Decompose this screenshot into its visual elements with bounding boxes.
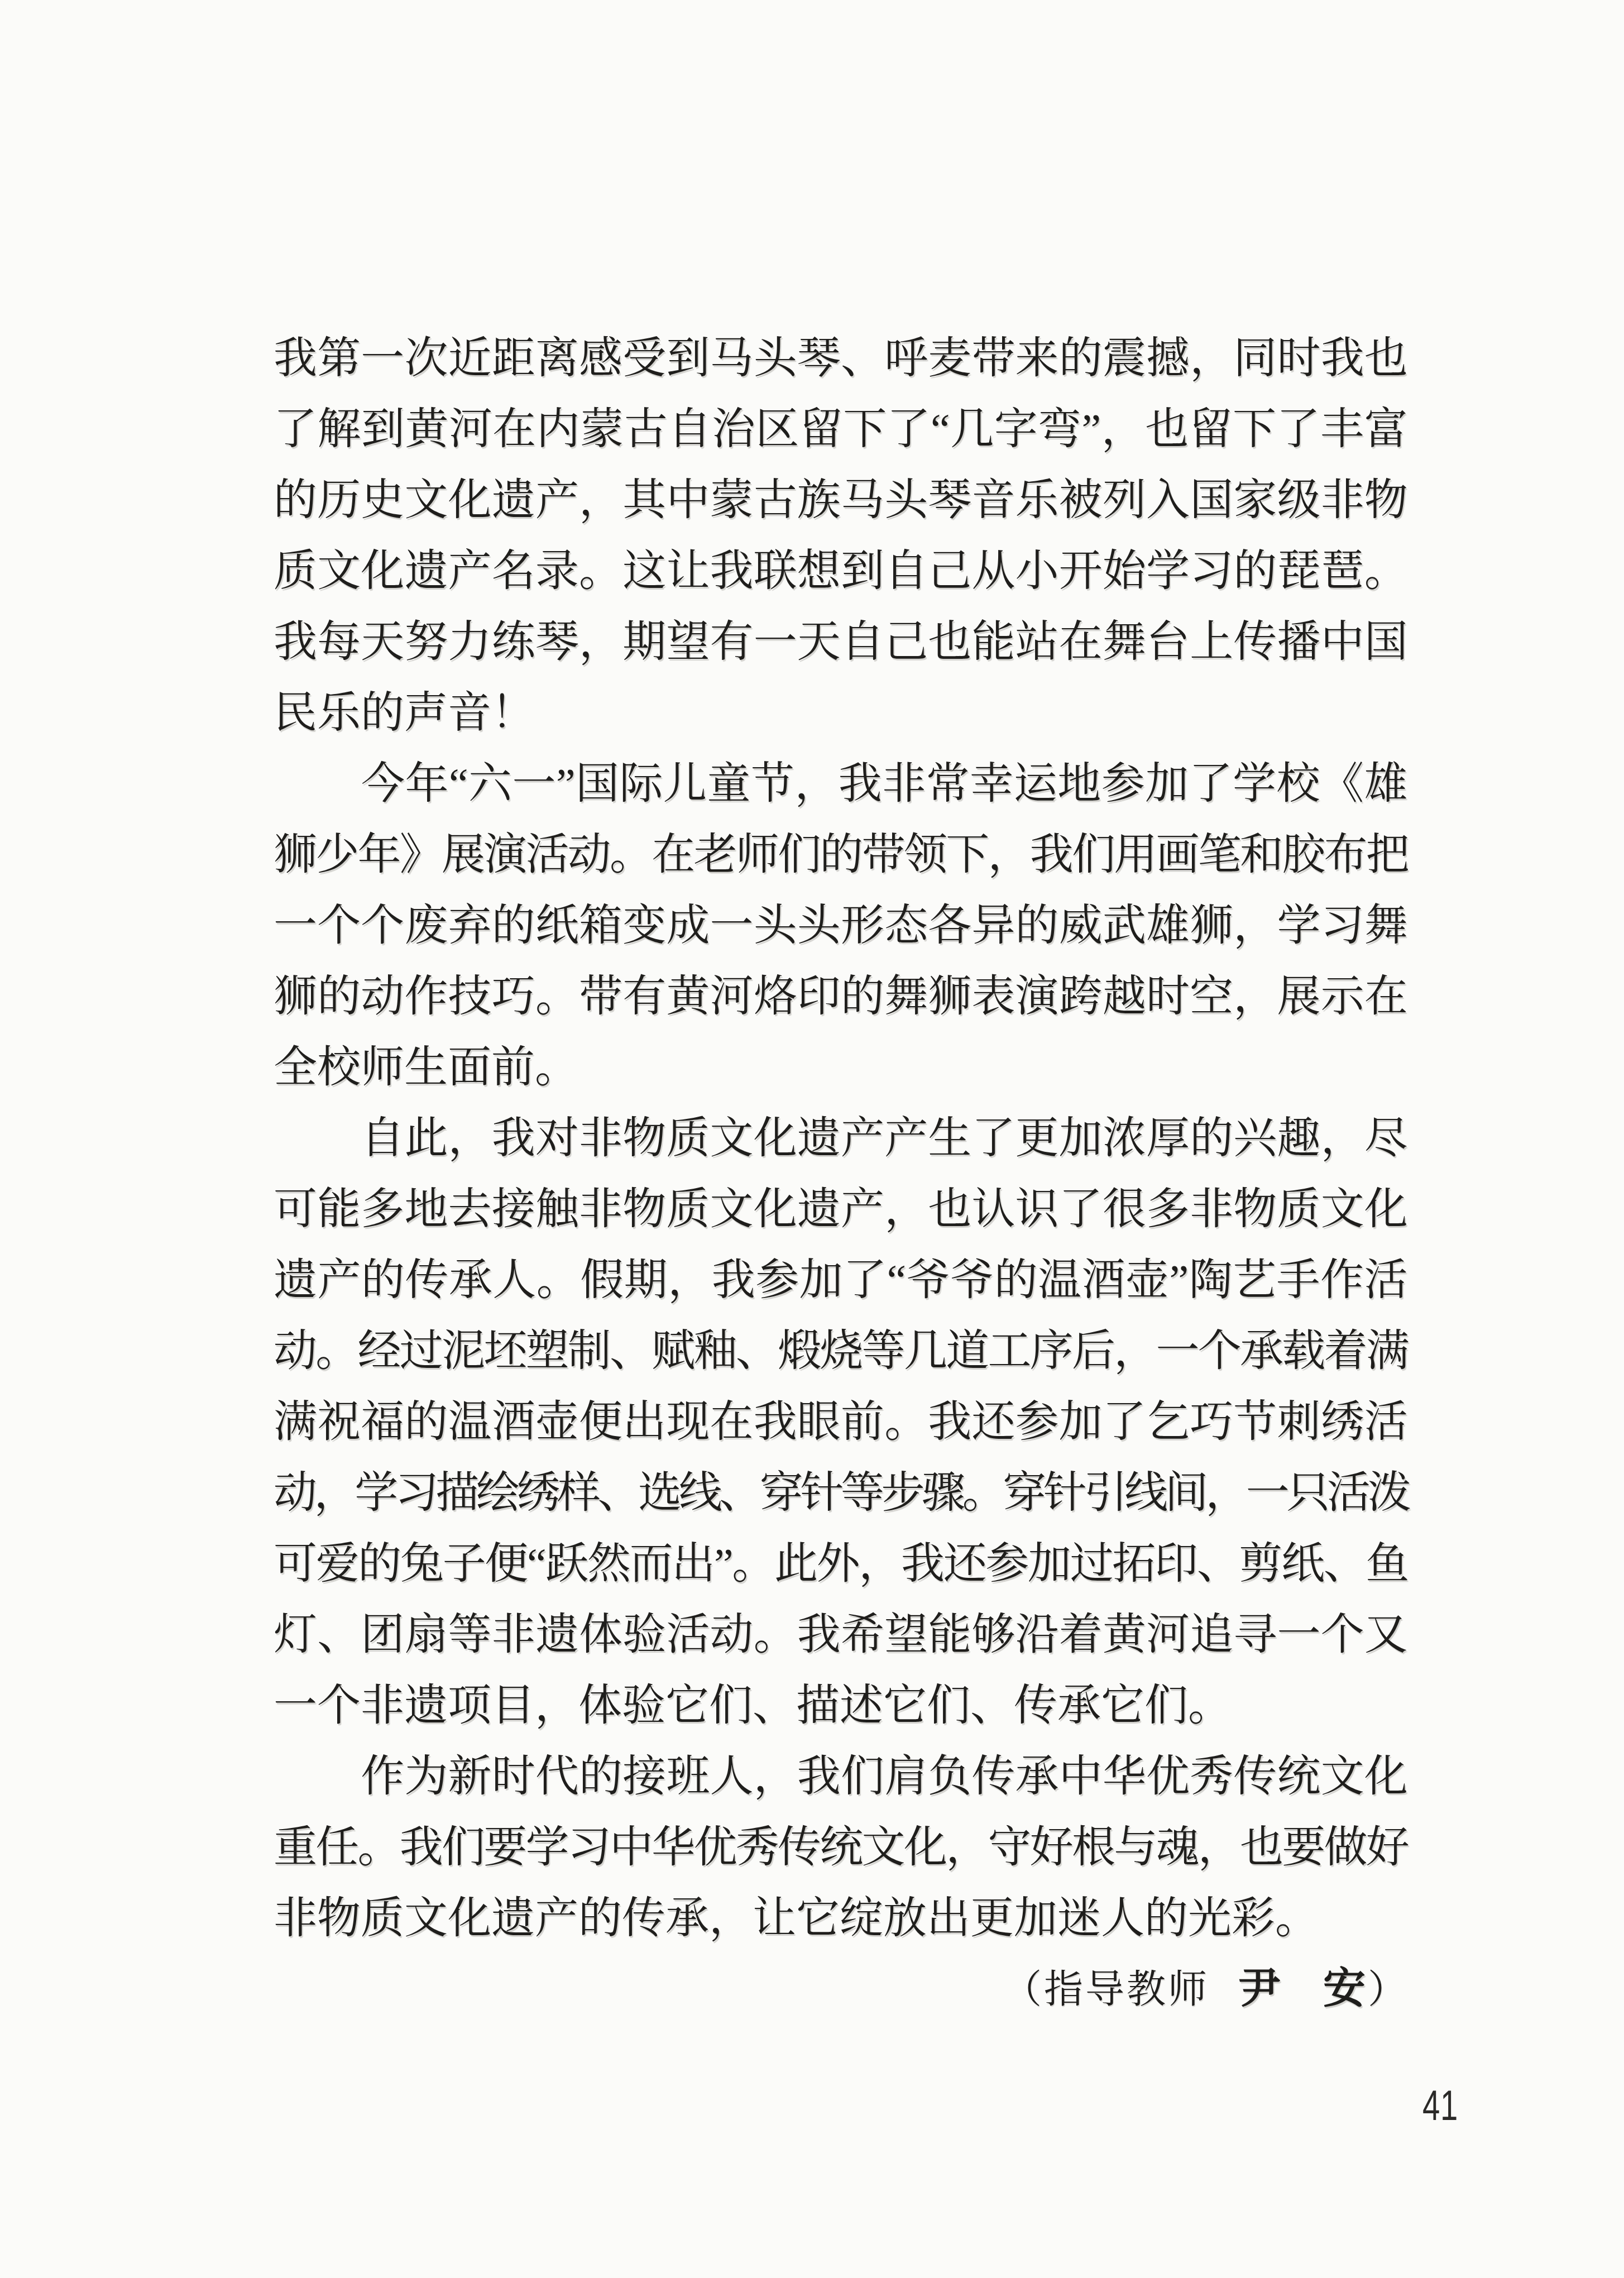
text-line: 动。经过泥坯塑制、赋釉、煅烧等几道工序后，一个承载着满 — [274, 1315, 1408, 1386]
page: 我第一次近距离感受到马头琴、呼麦带来的震撼，同时我也 了解到黄河在内蒙古自治区留… — [0, 0, 1624, 2278]
text-line: 我第一次近距离感受到马头琴、呼麦带来的震撼，同时我也 — [274, 323, 1408, 394]
text-line: 重任。我们要学习中华优秀传统文化，守好根与魂，也要做好 — [274, 1812, 1408, 1883]
page-number: 41 — [1422, 2085, 1458, 2127]
text-line: 今年“六一”国际儿童节，我非常幸运地参加了学校《雄 — [274, 748, 1408, 819]
text-line-text: 灯、团扇等非遗体验活动。我希望能够沿着黄河追寻一个又 — [274, 1599, 1408, 1670]
paragraph-2: 今年“六一”国际儿童节，我非常幸运地参加了学校《雄 狮少年》展演活动。在老师们的… — [274, 748, 1408, 1103]
text-line-text: 可爱的兔子便“跃然而出”。此外，我还参加过拓印、剪纸、鱼 — [274, 1528, 1408, 1599]
attribution-line: （指导教师尹 安） — [274, 1954, 1408, 2025]
text-line: 动，学习描绘绣样、选线、穿针等步骤。穿针引线间，一只活泼 — [274, 1457, 1408, 1528]
text-line-text: 质文化遗产名录。这让我联想到自己从小开始学习的琵琶。 — [274, 535, 1408, 606]
text-line: 非物质文化遗产的传承，让它绽放出更加迷人的光彩。 — [274, 1883, 1408, 1954]
text-line: 可爱的兔子便“跃然而出”。此外，我还参加过拓印、剪纸、鱼 — [274, 1528, 1408, 1599]
paragraph-3: 自此，我对非物质文化遗产产生了更加浓厚的兴趣，尽 可能多地去接触非物质文化遗产，… — [274, 1103, 1408, 1741]
text-line-text: 今年“六一”国际儿童节，我非常幸运地参加了学校《雄 — [274, 748, 1408, 819]
text-column: 我第一次近距离感受到马头琴、呼麦带来的震撼，同时我也 了解到黄河在内蒙古自治区留… — [274, 323, 1408, 2025]
text-line: 灯、团扇等非遗体验活动。我希望能够沿着黄河追寻一个又 — [274, 1599, 1408, 1670]
text-line: 一个非遗项目，体验它们、描述它们、传承它们。 — [274, 1670, 1408, 1741]
text-line-text: 满祝福的温酒壶便出现在我眼前。我还参加了乞巧节刺绣活 — [274, 1386, 1408, 1457]
text-line: 满祝福的温酒壶便出现在我眼前。我还参加了乞巧节刺绣活 — [274, 1386, 1408, 1457]
text-line: 一个个废弃的纸箱变成一头头形态各异的威武雄狮，学习舞 — [274, 890, 1408, 961]
text-line-text: 动。经过泥坯塑制、赋釉、煅烧等几道工序后，一个承载着满 — [274, 1315, 1408, 1386]
text-line-text: 我每天努力练琴，期望有一天自己也能站在舞台上传播中国 — [274, 606, 1408, 677]
text-line: 可能多地去接触非物质文化遗产，也认识了很多非物质文化 — [274, 1174, 1408, 1245]
text-line-text: 动，学习描绘绣样、选线、穿针等步骤。穿针引线间，一只活泼 — [274, 1457, 1408, 1528]
text-line-text: 非物质文化遗产的传承，让它绽放出更加迷人的光彩。 — [274, 1883, 1319, 1954]
text-line-text: 自此，我对非物质文化遗产产生了更加浓厚的兴趣，尽 — [274, 1103, 1408, 1174]
text-line-text: 遗产的传承人。假期，我参加了“爷爷的温酒壶”陶艺手作活 — [274, 1245, 1408, 1315]
text-line: 质文化遗产名录。这让我联想到自己从小开始学习的琵琶。 — [274, 535, 1408, 606]
text-line-text: 民乐的声音！ — [274, 677, 535, 748]
text-line: 全校师生面前。 — [274, 1032, 1408, 1103]
text-line-text: 重任。我们要学习中华优秀传统文化，守好根与魂，也要做好 — [274, 1812, 1408, 1883]
text-line-text: 的历史文化遗产，其中蒙古族马头琴音乐被列入国家级非物 — [274, 465, 1408, 535]
text-line: 了解到黄河在内蒙古自治区留下了“几字弯”，也留下了丰富 — [274, 394, 1408, 465]
text-line-text: 我第一次近距离感受到马头琴、呼麦带来的震撼，同时我也 — [274, 323, 1408, 394]
text-line-text: 狮少年》展演活动。在老师们的带领下，我们用画笔和胶布把 — [274, 819, 1408, 890]
text-line-text: 了解到黄河在内蒙古自治区留下了“几字弯”，也留下了丰富 — [274, 394, 1408, 465]
text-line: 我每天努力练琴，期望有一天自己也能站在舞台上传播中国 — [274, 606, 1408, 677]
text-line-text: 一个非遗项目，体验它们、描述它们、传承它们。 — [274, 1670, 1232, 1741]
attribution-label: （指导教师 — [1003, 1969, 1209, 2012]
text-line-text: 一个个废弃的纸箱变成一头头形态各异的威武雄狮，学习舞 — [274, 890, 1408, 961]
text-line: 作为新时代的接班人，我们肩负传承中华优秀传统文化 — [274, 1741, 1408, 1812]
text-line: 狮的动作技巧。带有黄河烙印的舞狮表演跨越时空，展示在 — [274, 961, 1408, 1032]
text-line: 遗产的传承人。假期，我参加了“爷爷的温酒壶”陶艺手作活 — [274, 1245, 1408, 1315]
paragraph-4: 作为新时代的接班人，我们肩负传承中华优秀传统文化 重任。我们要学习中华优秀传统文… — [274, 1741, 1408, 1954]
text-line: 民乐的声音！ — [274, 677, 1408, 748]
text-line-text: 全校师生面前。 — [274, 1032, 578, 1103]
text-line-text: 狮的动作技巧。带有黄河烙印的舞狮表演跨越时空，展示在 — [274, 961, 1408, 1032]
attribution-close-paren: ） — [1368, 1969, 1407, 2012]
text-line: 狮少年》展演活动。在老师们的带领下，我们用画笔和胶布把 — [274, 819, 1408, 890]
attribution-teacher-name: 尹 安 — [1238, 1965, 1366, 2012]
paragraph-1: 我第一次近距离感受到马头琴、呼麦带来的震撼，同时我也 了解到黄河在内蒙古自治区留… — [274, 323, 1408, 748]
text-line: 的历史文化遗产，其中蒙古族马头琴音乐被列入国家级非物 — [274, 465, 1408, 535]
text-line-text: 可能多地去接触非物质文化遗产，也认识了很多非物质文化 — [274, 1174, 1408, 1245]
text-line: 自此，我对非物质文化遗产产生了更加浓厚的兴趣，尽 — [274, 1103, 1408, 1174]
text-line-text: 作为新时代的接班人，我们肩负传承中华优秀传统文化 — [274, 1741, 1408, 1812]
